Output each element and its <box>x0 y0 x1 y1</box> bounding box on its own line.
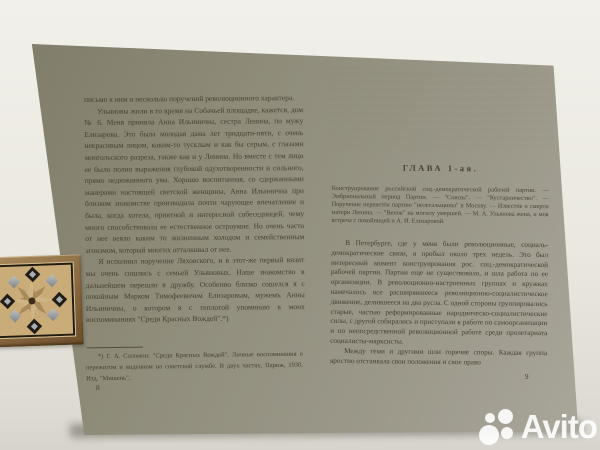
footnote-text: *) Г. А. Соломон: "Среди Красных Вождей"… <box>86 350 303 385</box>
marquetry-box <box>0 254 84 347</box>
avito-logo-icon <box>478 407 516 447</box>
diamond-inlay-icon <box>25 267 41 283</box>
diamond-inlay-icon <box>47 308 60 321</box>
marquetry-panel <box>0 263 75 339</box>
page-showthrough-texture <box>328 66 554 154</box>
watermark-text: Avito <box>521 407 597 447</box>
page-number-left: 8 <box>96 383 100 392</box>
chapter-heading: ГЛАВА 1-ая. <box>332 162 549 174</box>
page-number-right: 9 <box>525 373 529 381</box>
diamond-inlay-icon <box>52 292 68 308</box>
right-page-body: В Петербурге, где у меня были революцион… <box>330 239 548 369</box>
left-page-paragraph: Я исполнил поручение Ляховского, и в это… <box>85 254 305 325</box>
right-page-text: ГЛАВА 1-ая. Конструирование российской с… <box>330 162 549 369</box>
left-page-text: письмо к ним и несколько поручений револ… <box>84 92 305 326</box>
chapter-synopsis: Конструирование российской соц.-демократ… <box>331 185 548 227</box>
diamond-inlay-icon <box>45 274 58 287</box>
book-pages: письмо к ним и несколько поручений револ… <box>28 40 580 435</box>
diamond-inlay-icon <box>9 310 22 323</box>
footnote-rule <box>87 347 143 349</box>
photo-of-open-book: письмо к ним и несколько поручений револ… <box>0 0 600 450</box>
diamond-inlay-icon <box>27 319 43 335</box>
left-page-paragraph: Ульяновы жили в то время на Собачьей пло… <box>84 104 304 257</box>
open-book: письмо к ним и несколько поручений револ… <box>28 40 580 435</box>
diamond-inlay-icon <box>0 294 15 310</box>
avito-watermark: Avito <box>478 407 597 447</box>
right-page-paragraph: В Петербурге, где у меня были революцион… <box>330 239 548 349</box>
right-page-paragraph: Между теми и другими шли горячие споры. … <box>330 347 547 369</box>
diamond-inlay-icon <box>7 276 20 289</box>
footnote: *) Г. А. Соломон: "Среди Красных Вождей"… <box>86 345 303 385</box>
